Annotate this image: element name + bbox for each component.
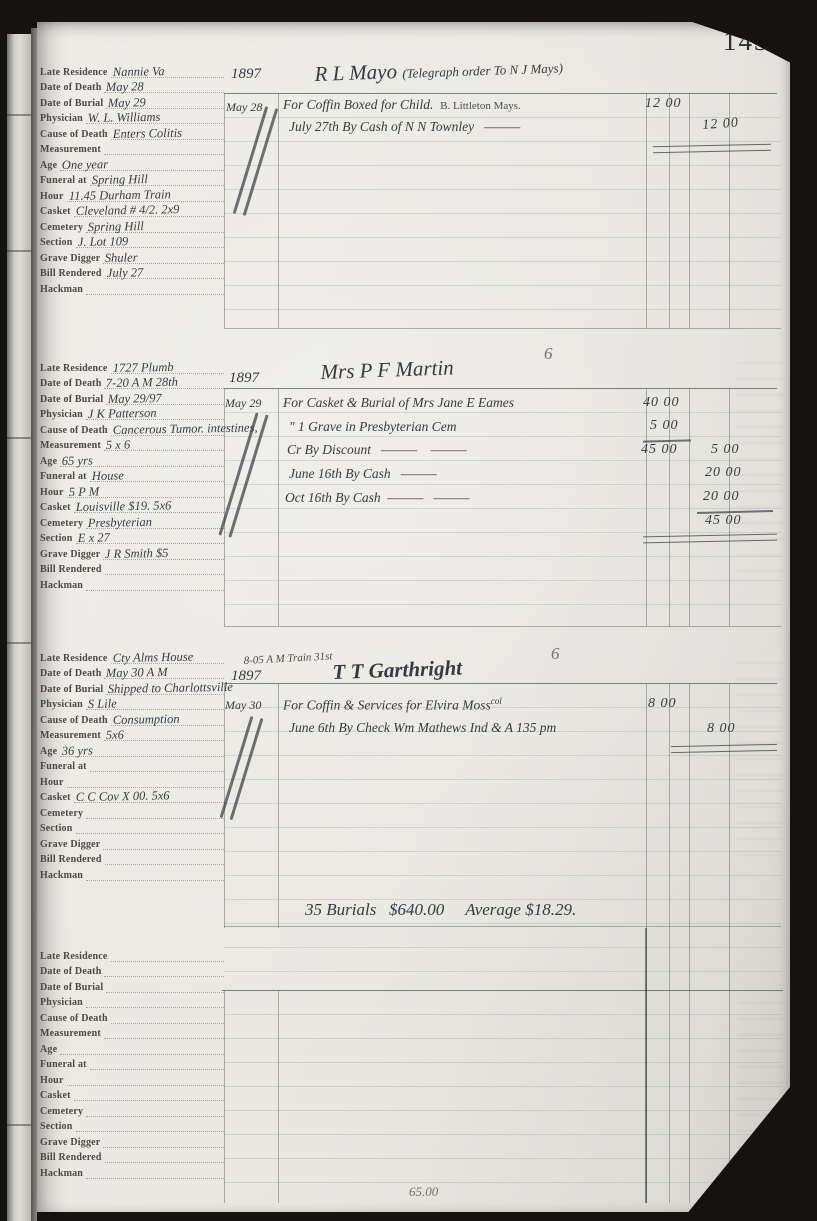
entry-desc: July 27th By Cash of N N Townley ——— <box>289 119 520 135</box>
dotted-leader: Cleveland # 4/2. 2x9 <box>74 204 224 217</box>
dotted-leader <box>111 1011 224 1024</box>
form-field: Hackman <box>40 1163 224 1179</box>
form-field: Late Residence <box>40 946 224 962</box>
dotted-leader <box>67 1073 224 1086</box>
field-label: Cemetery <box>40 518 83 529</box>
amount-col1: 8 00 <box>648 696 677 712</box>
dotted-leader: Spring Hill <box>90 173 224 186</box>
ruled-line <box>689 388 690 626</box>
dotted-leader: Spring Hill <box>86 220 224 233</box>
field-label: Late Residence <box>40 653 108 664</box>
faint-rules <box>224 991 781 1203</box>
form-field: CasketCleveland # 4/2. 2x9 <box>40 202 224 218</box>
dotted-leader: 5x6 <box>104 728 224 741</box>
bleed-through <box>737 362 783 582</box>
ruled-line <box>278 683 279 928</box>
field-label: Cause of Death <box>40 715 108 726</box>
entry-date: May 28 <box>226 100 262 115</box>
field-label: Hour <box>40 191 64 202</box>
form-field: Measurement <box>40 140 224 156</box>
form-field: CasketLouisville $19. 5x6 <box>40 498 224 514</box>
dotted-leader: Consumption <box>111 713 224 726</box>
form-field: Funeral atSpring Hill <box>40 171 224 187</box>
dotted-leader <box>86 578 224 591</box>
form-field: Date of BurialMay 29/97 <box>40 389 224 405</box>
dotted-leader: J. Lot 109 <box>76 235 224 248</box>
form-field: Grave Digger <box>40 834 224 850</box>
form-field: Physician <box>40 993 224 1009</box>
dotted-leader <box>86 868 224 881</box>
dotted-leader: E x 27 <box>76 531 224 544</box>
dotted-leader <box>103 837 224 850</box>
field-label: Physician <box>40 997 83 1008</box>
entry-subnote: col <box>491 696 502 706</box>
field-label: Hour <box>40 777 64 788</box>
form-field: CasketC C Cov X 00. 5x6 <box>40 788 224 804</box>
dotted-leader: J R Smith $5 <box>103 547 224 560</box>
record-form-4: Late Residence Date of Death Date of Bur… <box>40 946 224 1179</box>
dotted-leader <box>105 562 224 575</box>
field-label: Cause of Death <box>40 425 108 436</box>
entry-desc: For Coffin & Services for Elvira Mosscol <box>283 696 502 714</box>
amount-col1: 40 00 <box>643 395 680 411</box>
ledger-title: Mrs P F Martin <box>320 355 454 385</box>
field-label: Date of Death <box>40 966 101 977</box>
dotted-leader <box>104 964 224 977</box>
form-field: Hour <box>40 772 224 788</box>
ruled-line <box>646 93 647 328</box>
dotted-leader <box>111 949 224 962</box>
dotted-leader <box>67 775 224 788</box>
spine-shadow <box>31 28 37 1221</box>
form-field: Funeral atHouse <box>40 467 224 483</box>
dotted-leader: Nannie Va <box>111 65 224 78</box>
ledger-title: R L Mayo (Telegraph order To N J Mays) <box>314 53 563 87</box>
dotted-leader: 11.45 Durham Train <box>67 189 224 202</box>
dotted-leader: House <box>90 469 224 482</box>
form-field: Late ResidenceNannie Va <box>40 62 224 78</box>
dotted-leader: 1727 Plumb <box>111 361 224 374</box>
page-edge-tick <box>7 114 31 116</box>
field-label: Measurement <box>40 440 101 451</box>
bleed-through <box>737 662 783 862</box>
amount-col2-total: 45 00 <box>705 513 742 529</box>
field-label: Late Residence <box>40 67 108 78</box>
paper-crease <box>645 928 647 1203</box>
field-label: Grave Digger <box>40 549 100 560</box>
dotted-leader <box>105 852 224 865</box>
form-field: Hour5 P M <box>40 482 224 498</box>
dotted-leader: S Lile <box>86 697 224 710</box>
form-field: Date of Death7-20 A M 28th <box>40 374 224 390</box>
form-field: Date of Burial <box>40 977 224 993</box>
dotted-leader <box>104 142 224 155</box>
field-label: Date of Death <box>40 82 101 93</box>
ledger-year: 1897 <box>231 66 261 83</box>
form-field: Funeral at <box>40 1055 224 1071</box>
ruled-line <box>278 388 279 626</box>
form-field: Bill RenderedJuly 27 <box>40 264 224 280</box>
field-label: Late Residence <box>40 363 108 374</box>
field-label: Physician <box>40 113 83 124</box>
field-label: Bill Rendered <box>40 564 102 575</box>
dotted-leader <box>76 1119 224 1132</box>
field-label: Measurement <box>40 730 101 741</box>
dotted-leader <box>86 1104 224 1117</box>
amount-col1: 12 00 <box>645 96 682 112</box>
dotted-leader: May 28 <box>104 80 224 93</box>
record-form-3: Late ResidenceCty Alms House Date of Dea… <box>40 648 224 881</box>
form-field: Grave DiggerJ R Smith $5 <box>40 544 224 560</box>
field-label: Date of Death <box>40 668 101 679</box>
field-label: Date of Death <box>40 378 101 389</box>
form-field: Grave DiggerShuler <box>40 248 224 264</box>
dotted-leader: May 30 A M <box>104 666 224 679</box>
field-label: Bill Rendered <box>40 854 102 865</box>
dotted-leader: Shipped to Charlottsville <box>106 682 224 695</box>
form-field: Cause of DeathConsumption <box>40 710 224 726</box>
account-name: R L Mayo <box>314 59 397 86</box>
field-label: Section <box>40 823 73 834</box>
form-field: Cause of DeathCancerous Tumor. intestine… <box>40 420 224 436</box>
page-edge-tick <box>7 642 31 644</box>
form-field: Measurement5 x 6 <box>40 436 224 452</box>
dotted-leader <box>104 1026 224 1039</box>
form-field: Date of DeathMay 28 <box>40 78 224 94</box>
form-field: Age36 yrs <box>40 741 224 757</box>
ruled-line <box>646 388 647 626</box>
scanned-ledger-photo: 143 <box>0 0 817 1221</box>
entry-desc: Cr By Discount ——— ——— <box>287 442 467 458</box>
field-label: Cemetery <box>40 808 83 819</box>
entry-text: For Coffin & Services for Elvira Moss <box>283 698 491 713</box>
field-label: Physician <box>40 409 83 420</box>
field-label: Bill Rendered <box>40 268 102 279</box>
page-edge-tick <box>7 1124 31 1126</box>
month-summary: 35 Burials $640.00 Average $18.29. <box>305 900 576 920</box>
ledger-year: 1897 <box>231 668 261 685</box>
form-field: Cause of Death <box>40 1008 224 1024</box>
dotted-leader: 7-20 A M 28th <box>104 376 224 389</box>
page-edge-tick <box>7 250 31 252</box>
form-field: PhysicianJ K Patterson <box>40 405 224 421</box>
form-field: Casket <box>40 1086 224 1102</box>
form-field: Bill Rendered <box>40 560 224 576</box>
field-label: Measurement <box>40 1028 101 1039</box>
dotted-leader: Louisville $19. 5x6 <box>74 500 224 513</box>
entry-subnote: B. Littleton Mays. <box>440 100 521 112</box>
field-label: Hackman <box>40 580 83 591</box>
entry-desc: June 16th By Cash ——— <box>289 466 437 482</box>
form-field: Late Residence1727 Plumb <box>40 358 224 374</box>
field-label: Date of Burial <box>40 98 103 109</box>
form-field: PhysicianS Lile <box>40 695 224 711</box>
field-label: Hackman <box>40 1168 83 1179</box>
field-label: Section <box>40 1121 73 1132</box>
entry-date: May 30 <box>225 698 261 713</box>
dotted-leader: Cancerous Tumor. intestines, <box>111 423 224 436</box>
dotted-leader: W. L. Williams <box>86 111 224 124</box>
field-label: Cause of Death <box>40 1013 108 1024</box>
dotted-leader: 65 yrs <box>60 454 224 467</box>
entry-desc: June 6th By Check Wm Mathews Ind & A 135… <box>289 720 556 736</box>
dotted-leader: C C Cov X 00. 5x6 <box>74 790 224 803</box>
dotted-leader <box>86 1166 224 1179</box>
pencil-mark: 6 <box>551 644 560 664</box>
ruled-line <box>224 926 781 927</box>
dotted-leader: Enters Colitis <box>111 127 224 140</box>
form-field: CemeteryPresbyterian <box>40 513 224 529</box>
pencil-mark: 6 <box>544 344 553 364</box>
dotted-leader <box>86 282 224 295</box>
dotted-leader <box>86 995 224 1008</box>
dotted-leader: 5 x 6 <box>104 438 224 451</box>
ledger-page: 143 <box>37 22 790 1212</box>
field-label: Casket <box>40 502 71 513</box>
ruled-line <box>729 388 730 626</box>
form-field: Late ResidenceCty Alms House <box>40 648 224 664</box>
form-field: Bill Rendered <box>40 850 224 866</box>
form-field: Cemetery <box>40 1101 224 1117</box>
form-field: Date of BurialShipped to Charlottsville <box>40 679 224 695</box>
field-label: Funeral at <box>40 471 87 482</box>
amount-col2: 20 00 <box>703 489 740 505</box>
form-field: Hackman <box>40 279 224 295</box>
form-field: Measurement <box>40 1024 224 1040</box>
form-field: Section <box>40 819 224 835</box>
field-label: Funeral at <box>40 1059 87 1070</box>
train-note: 8-05 A M Train 31st <box>243 650 332 667</box>
form-field: PhysicianW. L. Williams <box>40 109 224 125</box>
ruled-line <box>669 93 670 328</box>
form-field: CemeterySpring Hill <box>40 217 224 233</box>
field-label: Physician <box>40 699 83 710</box>
form-field: AgeOne year <box>40 155 224 171</box>
ruled-line <box>278 990 279 1203</box>
form-field: SectionE x 27 <box>40 529 224 545</box>
dotted-leader: Shuler <box>103 251 224 264</box>
field-label: Funeral at <box>40 761 87 772</box>
form-field: Funeral at <box>40 757 224 773</box>
form-field: Cemetery <box>40 803 224 819</box>
bleed-through <box>737 1002 783 1202</box>
form-field: SectionJ. Lot 109 <box>40 233 224 249</box>
field-label: Grave Digger <box>40 253 100 264</box>
field-label: Casket <box>40 206 71 217</box>
field-label: Hour <box>40 487 64 498</box>
form-field: Hackman <box>40 865 224 881</box>
form-field: Section <box>40 1117 224 1133</box>
form-field: Date of DeathMay 30 A M <box>40 664 224 680</box>
field-label: Cemetery <box>40 222 83 233</box>
dotted-leader <box>103 1135 224 1148</box>
amount-col2: 12 00 <box>702 115 740 134</box>
dotted-leader <box>105 1150 224 1163</box>
ruled-line <box>224 990 225 1203</box>
amount-col2: 20 00 <box>705 465 742 481</box>
footer-amount: 65.00 <box>409 1184 438 1200</box>
ruled-line <box>278 93 279 328</box>
field-label: Hackman <box>40 284 83 295</box>
form-field: Hour <box>40 1070 224 1086</box>
amount-col2: 5 00 <box>711 442 740 458</box>
field-label: Cause of Death <box>40 129 108 140</box>
field-label: Late Residence <box>40 951 108 962</box>
field-label: Age <box>40 746 57 757</box>
field-label: Date of Burial <box>40 394 103 405</box>
dotted-leader: J K Patterson <box>86 407 224 420</box>
form-field: Cause of DeathEnters Colitis <box>40 124 224 140</box>
field-label: Date of Burial <box>40 982 103 993</box>
dotted-leader <box>74 1088 224 1101</box>
dotted-leader: Cty Alms House <box>111 651 224 664</box>
dotted-leader: May 29 <box>106 96 224 109</box>
field-label: Age <box>40 160 57 171</box>
form-field: Date of Death <box>40 962 224 978</box>
form-field: Age <box>40 1039 224 1055</box>
field-label: Age <box>40 456 57 467</box>
ledger-title: T T Garthright <box>332 655 462 685</box>
field-label: Age <box>40 1044 57 1055</box>
amount-col1: 45 00 <box>641 442 678 458</box>
entry-desc: For Coffin Boxed for Child. B. Littleton… <box>283 97 521 113</box>
ruled-line <box>224 328 781 329</box>
dotted-leader: May 29/97 <box>106 392 224 405</box>
field-label: Section <box>40 533 73 544</box>
ruled-line <box>224 93 225 328</box>
entry-text: For Coffin Boxed for Child. <box>283 97 433 112</box>
ruled-line <box>224 626 781 627</box>
amount-col1: 5 00 <box>650 418 679 434</box>
book-page-edges <box>7 34 31 1221</box>
ruled-line <box>689 93 690 328</box>
dotted-leader: 36 yrs <box>60 744 224 757</box>
form-field: Grave Digger <box>40 1132 224 1148</box>
dotted-leader <box>90 1057 224 1070</box>
form-field: Hour11.45 Durham Train <box>40 186 224 202</box>
dotted-leader: One year <box>60 158 224 171</box>
form-field: Bill Rendered <box>40 1148 224 1164</box>
field-label: Hour <box>40 1075 64 1086</box>
field-label: Casket <box>40 792 71 803</box>
ledger-year: 1897 <box>229 370 259 387</box>
field-label: Funeral at <box>40 175 87 186</box>
field-label: Section <box>40 237 73 248</box>
amount-col2: 8 00 <box>707 721 736 737</box>
dotted-leader <box>106 980 224 993</box>
form-field: Date of BurialMay 29 <box>40 93 224 109</box>
dotted-leader: July 27 <box>105 266 224 279</box>
entry-desc: " 1 Grave in Presbyterian Cem <box>289 419 457 435</box>
field-label: Measurement <box>40 144 101 155</box>
dotted-leader <box>86 806 224 819</box>
entry-date: May 29 <box>225 396 261 411</box>
dotted-leader <box>60 1042 224 1055</box>
dotted-leader: Presbyterian <box>86 516 224 529</box>
record-form-2: Late Residence1727 Plumb Date of Death7-… <box>40 358 224 591</box>
field-label: Grave Digger <box>40 1137 100 1148</box>
form-field: Hackman <box>40 575 224 591</box>
entry-desc: Oct 16th By Cash ——— ——— <box>285 490 470 506</box>
record-form-1: Late ResidenceNannie Va Date of DeathMay… <box>40 62 224 295</box>
account-note: (Telegraph order To N J Mays) <box>402 60 563 81</box>
dotted-leader: 5 P M <box>67 485 224 498</box>
field-label: Bill Rendered <box>40 1152 102 1163</box>
page-edge-tick <box>7 437 31 439</box>
dotted-leader <box>76 821 224 834</box>
form-field: Age65 yrs <box>40 451 224 467</box>
page-number: 143 <box>723 26 770 57</box>
field-label: Grave Digger <box>40 839 100 850</box>
form-field: Measurement5x6 <box>40 726 224 742</box>
entry-desc: For Casket & Burial of Mrs Jane E Eames <box>283 395 514 411</box>
field-label: Casket <box>40 1090 71 1101</box>
field-label: Date of Burial <box>40 684 103 695</box>
field-label: Cemetery <box>40 1106 83 1117</box>
field-label: Hackman <box>40 870 83 881</box>
dotted-leader <box>90 759 224 772</box>
